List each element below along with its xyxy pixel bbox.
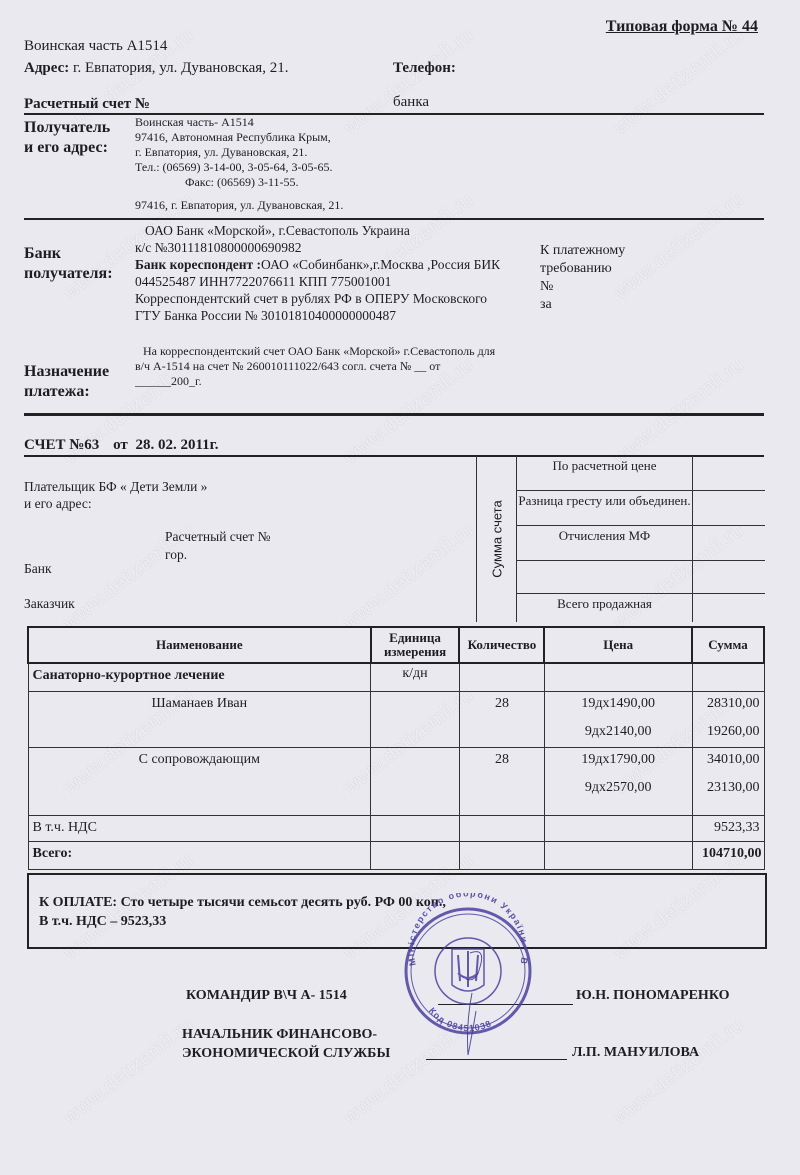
invoice-date-prefix: от <box>113 437 128 453</box>
payer-city: гор. <box>165 546 270 564</box>
payment-request-line: № <box>540 278 625 296</box>
price-line: 9дх2140,00 <box>549 718 688 746</box>
recipient-line: Воинская часть- А1514 <box>135 115 343 130</box>
recipient-line: Факс: (06569) 3-11-55. <box>135 175 343 190</box>
item-price: 19дх1490,009дх2140,00 <box>544 691 692 747</box>
payer-bank: Банк <box>24 561 52 577</box>
col-header: Количество <box>459 627 544 663</box>
sum-row <box>517 561 765 594</box>
bank-line: Банк кореспондент :ОАО «Собинбанк»,г.Мос… <box>135 256 500 273</box>
col-header: Цена <box>544 627 692 663</box>
payer-block: Плательщик БФ « Дети Земли » и его адрес… <box>24 478 207 512</box>
stamp-code: Код 08451038 <box>427 1006 493 1034</box>
sum-row-caption: Разница гресту или объединен. <box>517 491 693 525</box>
purpose-label-line: Назначение <box>24 362 109 382</box>
payment-request-line: за <box>540 296 625 314</box>
price-line: 19дх1490,00 <box>549 690 688 718</box>
sum-vertical-label: Сумма счета <box>477 456 517 622</box>
sum-line: 34010,00 <box>697 746 760 774</box>
purpose-label: Назначение платежа: <box>24 362 109 402</box>
account-label: Расчетный счет № <box>24 96 150 113</box>
table-row: С сопровождающим 28 19дх1790,009дх2570,0… <box>28 747 764 815</box>
item-qty: 28 <box>459 747 544 815</box>
empty-cell <box>459 663 544 691</box>
watermark-text: www.detizemli.ru <box>340 519 479 634</box>
watermark-text: www.detizemli.ru <box>340 24 479 139</box>
empty-cell <box>371 841 460 869</box>
watermark-text: www.detizemli.ru <box>610 354 749 469</box>
divider <box>24 413 764 416</box>
bank-line: Корреспондентский счет в рублях РФ в ОПЕ… <box>135 290 500 307</box>
recipient-bank-label-line: получателя: <box>24 264 113 284</box>
sum-row: Всего продажная <box>517 594 765 622</box>
sum-line: 28310,00 <box>697 690 760 718</box>
table-section-row: Санаторно-курортное лечение к/дн <box>28 663 764 691</box>
recipient-bank-details: ОАО Банк «Морской», г.Севастополь Украин… <box>135 222 500 324</box>
sum-vertical-text: Сумма счета <box>489 500 504 577</box>
purpose-line: ______200_г. <box>135 374 495 389</box>
sum-row-caption: Отчисления МФ <box>517 526 693 560</box>
invoice-sum-grid: Сумма счета По расчетной цене Разница гр… <box>476 456 765 622</box>
empty-cell <box>371 747 460 815</box>
price-line: 19дх1790,00 <box>549 746 688 774</box>
payment-request-line: требованию <box>540 260 625 278</box>
sum-row-caption: По расчетной цене <box>517 456 693 490</box>
finance-name: Л.П. МАНУИЛОВА <box>572 1045 699 1061</box>
recipient-label-line: Получатель <box>24 118 110 138</box>
invoice-date: 28. 02. 2011г. <box>135 437 218 453</box>
address-label: Адрес: <box>24 60 69 76</box>
recipient-line: г. Евпатория, ул. Дувановская, 21. <box>135 145 343 160</box>
purpose-details: На корреспондентский счет ОАО Банк «Морс… <box>135 344 495 389</box>
item-name: Шаманаев Иван <box>28 691 371 747</box>
bank-line: к/с №30111810800000690982 <box>135 239 500 256</box>
watermark-text: www.detizemli.ru <box>60 1014 199 1129</box>
items-table: Наименование Единица измерения Количеств… <box>27 626 765 870</box>
sum-row: Разница гресту или объединен. <box>517 491 765 526</box>
purpose-label-line: платежа: <box>24 382 109 402</box>
table-header-row: Наименование Единица измерения Количеств… <box>28 627 764 663</box>
recipient-bank-label-line: Банк <box>24 244 113 264</box>
item-sum: 34010,0023130,00 <box>692 747 764 815</box>
recipient-details: Воинская часть- А1514 97416, Автономная … <box>135 115 343 213</box>
col-header: Единица измерения <box>371 627 460 663</box>
watermark-text: www.detizemli.ru <box>610 1014 749 1129</box>
sum-row-caption <box>517 561 693 593</box>
recipient-bank-label: Банк получателя: <box>24 244 113 284</box>
commander-title: КОМАНДИР В\Ч А- 1514 <box>186 988 347 1004</box>
payment-amount-words: К ОПЛАТЕ: Сто четыре тысячи семьсот деся… <box>39 895 446 911</box>
empty-cell <box>371 815 460 841</box>
invoice-title: СЧЕТ №63 от 28. 02. 2011г. <box>24 437 219 454</box>
total-row: Всего: 104710,00 <box>28 841 764 869</box>
payer-account-block: Расчетный счет № гор. <box>165 528 270 564</box>
payer-name: Плательщик БФ « Дети Земли » <box>24 478 207 495</box>
address-line: Адрес: г. Евпатория, ул. Дувановская, 21… <box>24 60 288 77</box>
phone-label: Телефон: <box>393 60 456 77</box>
empty-cell <box>544 841 692 869</box>
finance-title-line: НАЧАЛЬНИК ФИНАНСОВО- <box>182 1025 390 1044</box>
official-stamp: Міністерство оборони України · Військова… <box>402 893 534 1063</box>
svg-text:Код 08451038: Код 08451038 <box>427 1006 493 1034</box>
correspondent-label: Банк кореспондент : <box>135 257 261 272</box>
payment-request-line: К платежному <box>540 242 625 260</box>
commander-name: Ю.Н. ПОНОМАРЕНКО <box>576 988 730 1004</box>
recipient-label-line: и его адрес: <box>24 138 110 158</box>
vat-row: В т.ч. НДС 9523,33 <box>28 815 764 841</box>
item-price: 19дх1790,009дх2570,00 <box>544 747 692 815</box>
vat-label: В т.ч. НДС <box>28 815 371 841</box>
payment-vat: В т.ч. НДС – 9523,33 <box>39 914 166 930</box>
invoice-number: СЧЕТ №63 <box>24 437 99 453</box>
sum-line: 19260,00 <box>697 718 760 746</box>
correspondent-value: ОАО «Собинбанк»,г.Москва ,Россия БИК <box>261 257 500 272</box>
total-label: Всего: <box>28 841 371 869</box>
customer-label: Заказчик <box>24 596 75 612</box>
sum-line: 23130,00 <box>697 774 760 802</box>
empty-cell <box>544 815 692 841</box>
total-value: 104710,00 <box>692 841 764 869</box>
watermark-text: www.detizemli.ru <box>610 189 749 304</box>
watermark-text: www.detizemli.ru <box>610 24 749 139</box>
form-title: Типовая форма № 44 <box>606 18 758 36</box>
payer-address-label: и его адрес: <box>24 495 207 512</box>
vat-value: 9523,33 <box>692 815 764 841</box>
sum-row-caption: Всего продажная <box>517 594 693 622</box>
bank-line: ГТУ Банка России № 30101810400000000487 <box>135 307 500 324</box>
recipient-label: Получатель и его адрес: <box>24 118 110 158</box>
col-header: Сумма <box>692 627 764 663</box>
empty-cell <box>692 663 764 691</box>
purpose-line: в/ч А-1514 на счет № 260010111022/643 со… <box>135 359 495 374</box>
bank-line: 044525487 ИНН7722076611 КПП 775001001 <box>135 273 500 290</box>
payer-account: Расчетный счет № <box>165 528 270 546</box>
item-name: С сопровождающим <box>28 747 371 815</box>
price-line: 9дх2570,00 <box>549 774 688 802</box>
finance-title-line: ЭКОНОМИЧЕСКОЙ СЛУЖБЫ <box>182 1044 390 1063</box>
section-unit: к/дн <box>371 663 460 691</box>
payment-request-block: К платежному требованию № за <box>540 242 625 314</box>
empty-cell <box>459 841 544 869</box>
empty-cell <box>544 663 692 691</box>
address-value: г. Евпатория, ул. Дувановская, 21. <box>73 60 288 76</box>
sum-row: По расчетной цене <box>517 456 765 491</box>
empty-cell <box>459 815 544 841</box>
table-row: Шаманаев Иван 28 19дх1490,009дх2140,00 2… <box>28 691 764 747</box>
bank-label: банка <box>393 94 429 111</box>
section-name: Санаторно-курортное лечение <box>28 663 371 691</box>
divider <box>24 218 764 220</box>
col-header: Наименование <box>28 627 371 663</box>
item-sum: 28310,0019260,00 <box>692 691 764 747</box>
empty-cell <box>371 691 460 747</box>
sum-row: Отчисления МФ <box>517 526 765 561</box>
purpose-line: На корреспондентский счет ОАО Банк «Морс… <box>135 344 495 359</box>
item-qty: 28 <box>459 691 544 747</box>
bank-line: ОАО Банк «Морской», г.Севастополь Украин… <box>135 222 500 239</box>
payment-summary-box: К ОПЛАТЕ: Сто четыре тысячи семьсот деся… <box>27 873 767 949</box>
recipient-line: 97416, Автономная Республика Крым, <box>135 130 343 145</box>
recipient-line: Тел.: (06569) 3-14-00, 3-05-64, 3-05-65. <box>135 160 343 175</box>
finance-title: НАЧАЛЬНИК ФИНАНСОВО- ЭКОНОМИЧЕСКОЙ СЛУЖБ… <box>182 1025 390 1063</box>
recipient-address2: 97416, г. Евпатория, ул. Дувановская, 21… <box>135 198 343 213</box>
unit-name: Воинская часть А1514 <box>24 38 167 55</box>
